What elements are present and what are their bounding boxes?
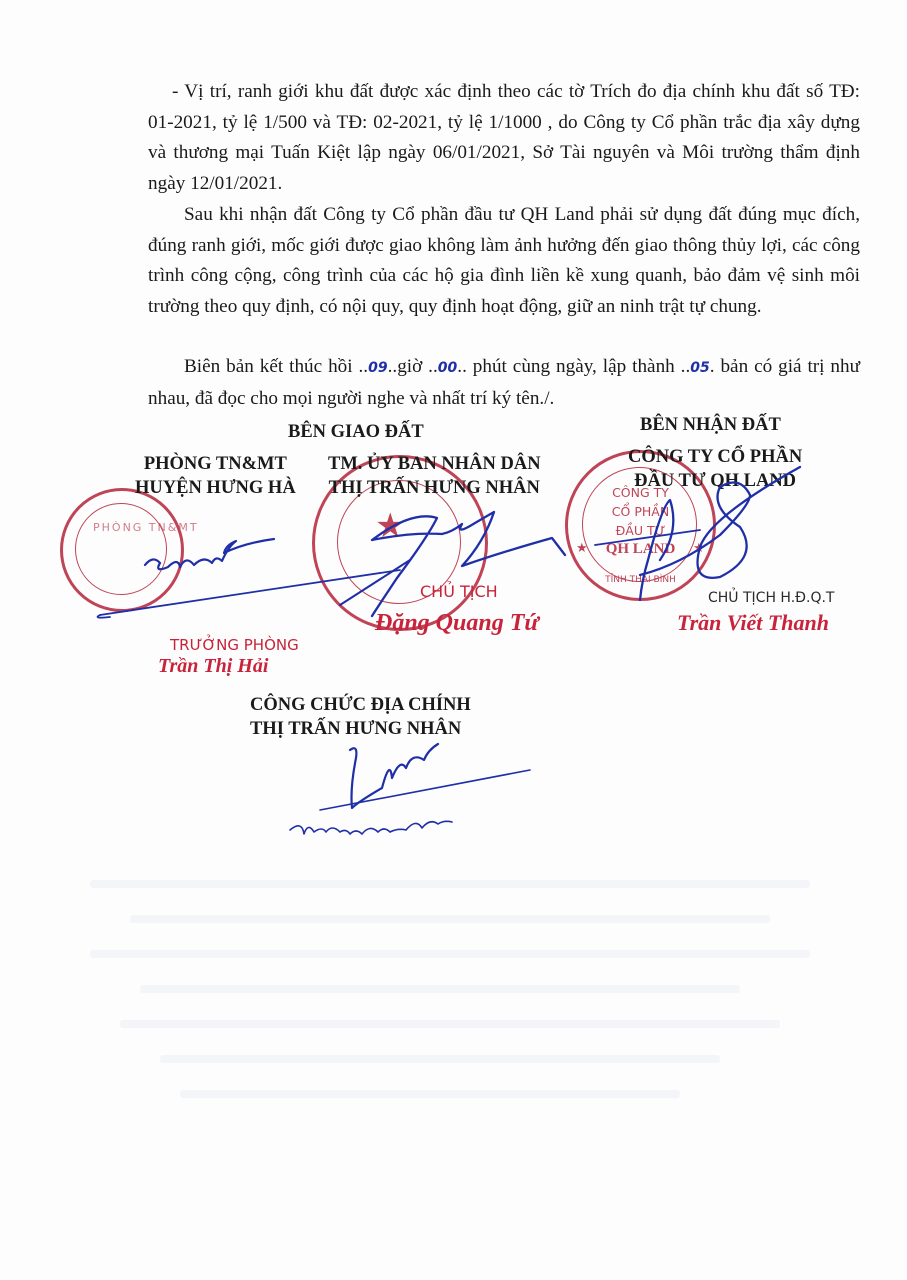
town-heading-line1: TM. ỦY BAN NHÂN DÂN bbox=[328, 452, 541, 476]
paragraph-location: - Vị trí, ranh giới khu đất được xác địn… bbox=[148, 77, 860, 199]
dept-signer-name: Trần Thị Hải bbox=[158, 655, 268, 678]
bleed-through-line bbox=[180, 1090, 680, 1098]
bleed-through-line bbox=[120, 1020, 780, 1028]
town-heading-line2: THỊ TRẤN HƯNG NHÂN bbox=[328, 476, 541, 500]
company-heading-line2: ĐẦU TƯ QH LAND bbox=[628, 469, 802, 493]
stamp-star-icon: ★ bbox=[576, 541, 588, 556]
closing-mid1: ..giờ .. bbox=[388, 356, 438, 377]
company-stamp-center: CÔNG TY CỔ PHẦN ĐẦU TƯ QH LAND bbox=[568, 483, 713, 559]
dept-stamp: PHÒNG TN&MT bbox=[60, 488, 184, 612]
company-heading: CÔNG TY CỔ PHẦN ĐẦU TƯ QH LAND bbox=[628, 445, 802, 493]
cadastral-heading: CÔNG CHỨC ĐỊA CHÍNH THỊ TRẤN HƯNG NHÂN bbox=[250, 693, 471, 741]
bleed-through-line bbox=[140, 985, 740, 993]
paragraph-location-text: - Vị trí, ranh giới khu đất được xác địn… bbox=[148, 81, 860, 194]
company-role: CHỦ TỊCH H.Đ.Q.T bbox=[708, 590, 835, 606]
closing-mid2: .. phút cùng ngày, lập thành .. bbox=[457, 356, 690, 377]
paragraph-obligations-text: Sau khi nhận đất Công ty Cổ phần đầu tư … bbox=[148, 204, 860, 317]
copies-handwritten: 05 bbox=[690, 360, 709, 376]
town-signer-name: Đặng Quang Tứ bbox=[375, 610, 539, 637]
cadastral-heading-line1: CÔNG CHỨC ĐỊA CHÍNH bbox=[250, 693, 471, 717]
stamp-star-icon: ★ bbox=[693, 541, 705, 556]
dept-stamp-center: PHÒNG TN&MT bbox=[93, 521, 199, 534]
company-stamp-ring-bottom: TỈNH THÁI BÌNH bbox=[568, 575, 713, 585]
paragraph-obligations: Sau khi nhận đất Công ty Cổ phần đầu tư … bbox=[148, 200, 860, 322]
dept-heading-line1: PHÒNG TN&MT bbox=[135, 452, 296, 476]
receiving-party-heading: BÊN NHẬN ĐẤT bbox=[640, 413, 781, 437]
star-emblem-icon: ★ bbox=[375, 506, 405, 546]
giving-party-heading: BÊN GIAO ĐẤT bbox=[288, 420, 424, 444]
hour-handwritten: 09 bbox=[368, 360, 387, 376]
dept-heading: PHÒNG TN&MT HUYỆN HƯNG HÀ bbox=[135, 452, 296, 500]
document-page: - Vị trí, ranh giới khu đất được xác địn… bbox=[0, 0, 907, 1280]
paragraph-closing: Biên bản kết thúc hồi ..09..giờ ..00.. p… bbox=[148, 352, 860, 414]
dept-heading-line2: HUYỆN HƯNG HÀ bbox=[135, 476, 296, 500]
bleed-through-line bbox=[90, 950, 810, 958]
bleed-through-line bbox=[160, 1055, 720, 1063]
town-role: CHỦ TỊCH bbox=[420, 582, 498, 601]
cadastral-heading-line2: THỊ TRẤN HƯNG NHÂN bbox=[250, 717, 471, 741]
bleed-through-line bbox=[90, 880, 810, 888]
closing-prefix: Biên bản kết thúc hồi .. bbox=[184, 356, 368, 377]
town-heading: TM. ỦY BAN NHÂN DÂN THỊ TRẤN HƯNG NHÂN bbox=[328, 452, 541, 500]
company-heading-line1: CÔNG TY CỔ PHẦN bbox=[628, 445, 802, 469]
bleed-through-line bbox=[130, 915, 770, 923]
minute-handwritten: 00 bbox=[438, 360, 457, 376]
company-signer-name: Trần Viết Thanh bbox=[677, 610, 829, 636]
dept-role: TRƯỞNG PHÒNG bbox=[170, 636, 299, 654]
